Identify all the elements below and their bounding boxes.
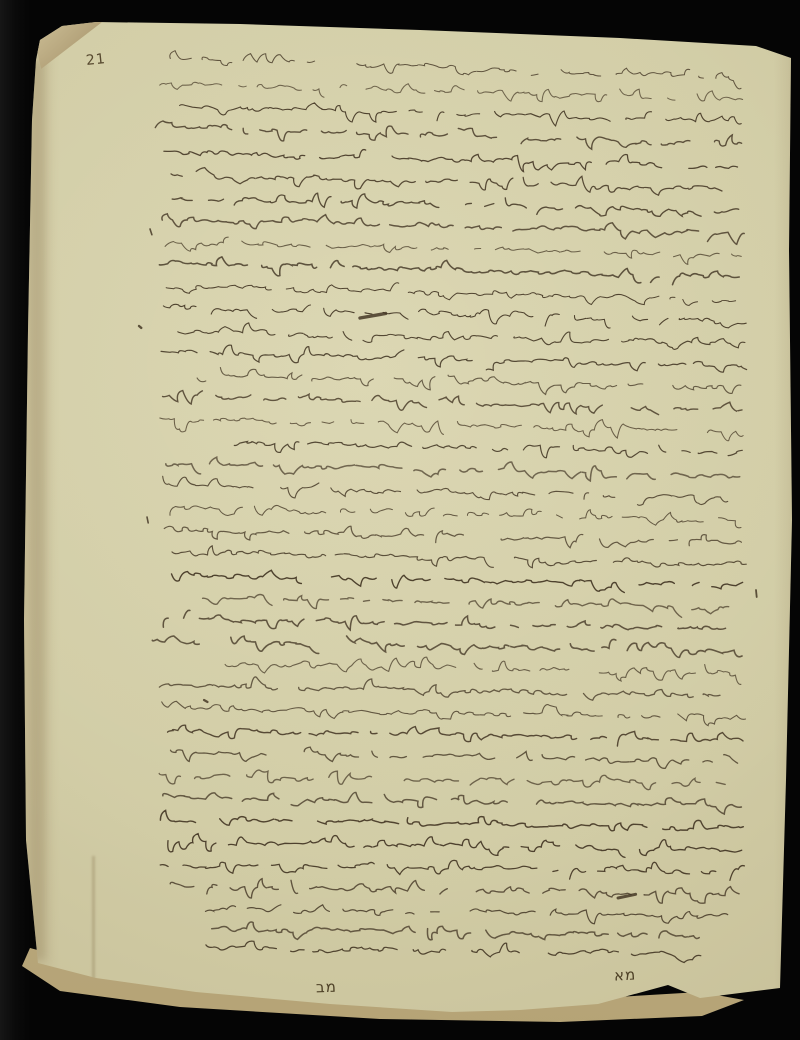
handwriting-line [160, 810, 743, 830]
handwriting-line [212, 922, 700, 940]
scanned-manuscript-page: 21 מא מב [0, 0, 800, 1040]
handwriting-line [197, 368, 741, 395]
handwriting-line [234, 442, 742, 458]
ink-blot [139, 326, 141, 328]
handwriting-line [152, 636, 742, 657]
handwriting-line [165, 237, 741, 264]
handwriting-line [162, 214, 744, 245]
handwriting-line [171, 168, 740, 196]
handwriting-line [166, 457, 740, 481]
handwriting-line [163, 304, 746, 328]
handwriting-line [159, 770, 738, 790]
handwriting-line [171, 747, 738, 768]
handwriting-line [170, 879, 739, 904]
ink-blot [147, 517, 148, 523]
handwriting-line [164, 150, 738, 172]
handwriting-line [163, 391, 742, 415]
handwriting-line [203, 595, 739, 618]
handwriting-line [159, 677, 731, 700]
handwriting-line [206, 941, 701, 962]
handwriting-line [178, 323, 745, 349]
handwriting-line [160, 82, 743, 101]
ink-blot [150, 229, 152, 235]
handwriting-line [168, 725, 743, 746]
handwriting-line [225, 657, 741, 684]
handwriting-line [163, 610, 743, 638]
handwriting-line [155, 121, 741, 149]
handwriting-line [172, 193, 739, 216]
handwriting-line [162, 701, 746, 725]
handwriting-line [161, 345, 747, 372]
handwriting-line [160, 860, 744, 880]
handwriting-line [164, 526, 741, 548]
handwriting-line [206, 905, 728, 924]
handwriting-line [180, 103, 742, 126]
handwritten-text-block [0, 0, 800, 1040]
handwriting-line [172, 570, 743, 592]
handwriting-line [159, 257, 739, 285]
handwriting-line [170, 51, 741, 89]
handwriting-line [163, 792, 742, 814]
handwriting-line [160, 418, 743, 441]
handwriting-line [172, 546, 746, 568]
handwriting-line [168, 834, 742, 858]
ink-blot [204, 700, 208, 702]
handwriting-line [166, 283, 735, 306]
ink-blot [756, 590, 757, 597]
handwriting-line [163, 476, 741, 505]
handwriting-line [170, 505, 741, 527]
ink-blot [360, 314, 386, 319]
